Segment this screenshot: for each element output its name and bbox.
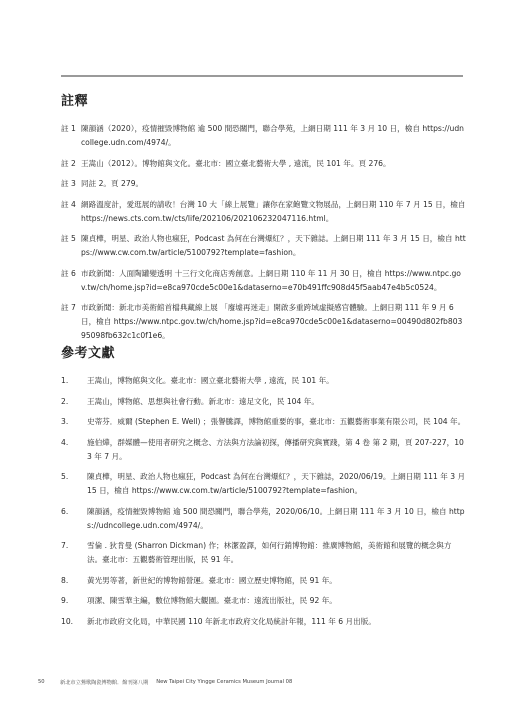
page-number: 50 <box>38 679 60 686</box>
reference-text: 陳貞樺，明星、政治人物也瘋狂，Podcast 為何在台灣爆紅？，天下雜誌，202… <box>87 470 466 498</box>
reference-number: 4. <box>61 436 87 464</box>
journal-title-en: New Taipei City Yingge Ceramics Museum J… <box>156 679 292 686</box>
note-text: 市政新聞：人面陶罐變透明 十三行文化商店秀創意。上網日期 110 年 11 月 … <box>81 267 466 295</box>
references-heading: 參考文獻 <box>61 342 115 361</box>
reference-number: 6. <box>61 505 87 533</box>
notes-heading: 註釋 <box>61 90 88 109</box>
note-tag: 註 3 <box>61 177 81 191</box>
reference-number: 9. <box>61 594 87 608</box>
top-rule <box>61 75 463 77</box>
reference-item: 7.雪倫 . 狄肯曼 (Sharron Dickman) 作；林潔盈譯，如何行銷… <box>61 539 466 567</box>
journal-title-zh: 新北市立鶯歌陶瓷博物館．館刊第八期 <box>60 679 148 686</box>
reference-item: 5.陳貞樺，明星、政治人物也瘋狂，Podcast 為何在台灣爆紅？，天下雜誌，2… <box>61 470 466 498</box>
note-text: 同註 2。頁 279。 <box>81 177 466 191</box>
reference-number: 2. <box>61 395 87 409</box>
reference-number: 7. <box>61 539 87 567</box>
reference-item: 8.黃光男等著，新世紀的博物館營運。臺北市：國立歷史博物館，民 91 年。 <box>61 574 466 588</box>
note-tag: 註 2 <box>61 157 81 171</box>
note-item: 註 5陳貞樺，明星、政治人物也瘋狂，Podcast 為何在台灣爆紅？，天下雜誌。… <box>61 232 466 260</box>
note-text: 網路溫度計，愛逛展的請收！台灣 10 大「線上展覽」讓你在家飽覽文物展品，上網日… <box>81 198 466 226</box>
reference-text: 施伯燁，群媒體—使用者研究之概念、方法與方法論初探，傳播研究與實踐，第 4 卷 … <box>87 436 466 464</box>
note-text: 王嵩山（2012）。博物館與文化。臺北市：國立臺北藝術大學 , 遠流，民 101… <box>81 157 466 171</box>
reference-item: 1.王嵩山，博物館與文化。臺北市：國立臺北藝術大學 , 遠流，民 101 年。 <box>61 374 466 388</box>
reference-text: 新北市政府文化局，中華民國 110 年新北市政府文化局統計年報，111 年 6 … <box>87 615 466 629</box>
reference-item: 9.項潔、陳雪華主編，數位博物館大觀園。臺北市：遠流出版社，民 92 年。 <box>61 594 466 608</box>
reference-text: 王嵩山，博物館、思想與社會行動。新北市：遠足文化，民 104 年。 <box>87 395 466 409</box>
references-list: 1.王嵩山，博物館與文化。臺北市：國立臺北藝術大學 , 遠流，民 101 年。 … <box>61 374 466 635</box>
note-item: 註 1陳韻涵（2020），疫情摧毀博物館 逾 500 間恐關門，聯合學苑，上網日… <box>61 122 466 150</box>
note-tag: 註 1 <box>61 122 81 150</box>
page-footer: 50 新北市立鶯歌陶瓷博物館．館刊第八期 New Taipei City Yin… <box>38 679 292 686</box>
reference-text: 項潔、陳雪華主編，數位博物館大觀園。臺北市：遠流出版社，民 92 年。 <box>87 594 466 608</box>
reference-item: 10.新北市政府文化局，中華民國 110 年新北市政府文化局統計年報，111 年… <box>61 615 466 629</box>
reference-number: 8. <box>61 574 87 588</box>
notes-list: 註 1陳韻涵（2020），疫情摧毀博物館 逾 500 間恐關門，聯合學苑，上網日… <box>61 122 466 350</box>
note-tag: 註 4 <box>61 198 81 226</box>
reference-item: 4.施伯燁，群媒體—使用者研究之概念、方法與方法論初探，傳播研究與實踐，第 4 … <box>61 436 466 464</box>
note-item: 註 3同註 2。頁 279。 <box>61 177 466 191</box>
reference-number: 10. <box>61 615 87 629</box>
note-text: 陳貞樺，明星、政治人物也瘋狂，Podcast 為何在台灣爆紅？，天下雜誌。上網日… <box>81 232 466 260</box>
reference-text: 黃光男等著，新世紀的博物館營運。臺北市：國立歷史博物館，民 91 年。 <box>87 574 466 588</box>
note-item: 註 6市政新聞：人面陶罐變透明 十三行文化商店秀創意。上網日期 110 年 11… <box>61 267 466 295</box>
reference-text: 史蒂芬．威爾 (Stephen E. Well) ；張譽騰譯，博物館重要的事，臺… <box>87 415 466 429</box>
reference-item: 2.王嵩山，博物館、思想與社會行動。新北市：遠足文化，民 104 年。 <box>61 395 466 409</box>
note-item: 註 7市政新聞：新北市美術館首檔典藏線上展 「廢墟再迷走」開啟多重跨域虛擬感官體… <box>61 301 466 343</box>
reference-text: 雪倫 . 狄肯曼 (Sharron Dickman) 作；林潔盈譯，如何行銷博物… <box>87 539 466 567</box>
note-text: 陳韻涵（2020），疫情摧毀博物館 逾 500 間恐關門，聯合學苑，上網日期 1… <box>81 122 466 150</box>
note-text: 市政新聞：新北市美術館首檔典藏線上展 「廢墟再迷走」開啟多重跨域虛擬感官體驗。上… <box>81 301 466 343</box>
reference-text: 陳韻涵，疫情摧毀博物館 逾 500 間恐關門，聯合學苑，2020/06/10。上… <box>87 505 466 533</box>
reference-item: 6.陳韻涵，疫情摧毀博物館 逾 500 間恐關門，聯合學苑，2020/06/10… <box>61 505 466 533</box>
note-tag: 註 6 <box>61 267 81 295</box>
note-item: 註 2王嵩山（2012）。博物館與文化。臺北市：國立臺北藝術大學 , 遠流，民 … <box>61 157 466 171</box>
reference-number: 3. <box>61 415 87 429</box>
note-tag: 註 5 <box>61 232 81 260</box>
reference-item: 3.史蒂芬．威爾 (Stephen E. Well) ；張譽騰譯，博物館重要的事… <box>61 415 466 429</box>
reference-text: 王嵩山，博物館與文化。臺北市：國立臺北藝術大學 , 遠流，民 101 年。 <box>87 374 466 388</box>
note-tag: 註 7 <box>61 301 81 343</box>
reference-number: 1. <box>61 374 87 388</box>
reference-number: 5. <box>61 470 87 498</box>
note-item: 註 4網路溫度計，愛逛展的請收！台灣 10 大「線上展覽」讓你在家飽覽文物展品，… <box>61 198 466 226</box>
